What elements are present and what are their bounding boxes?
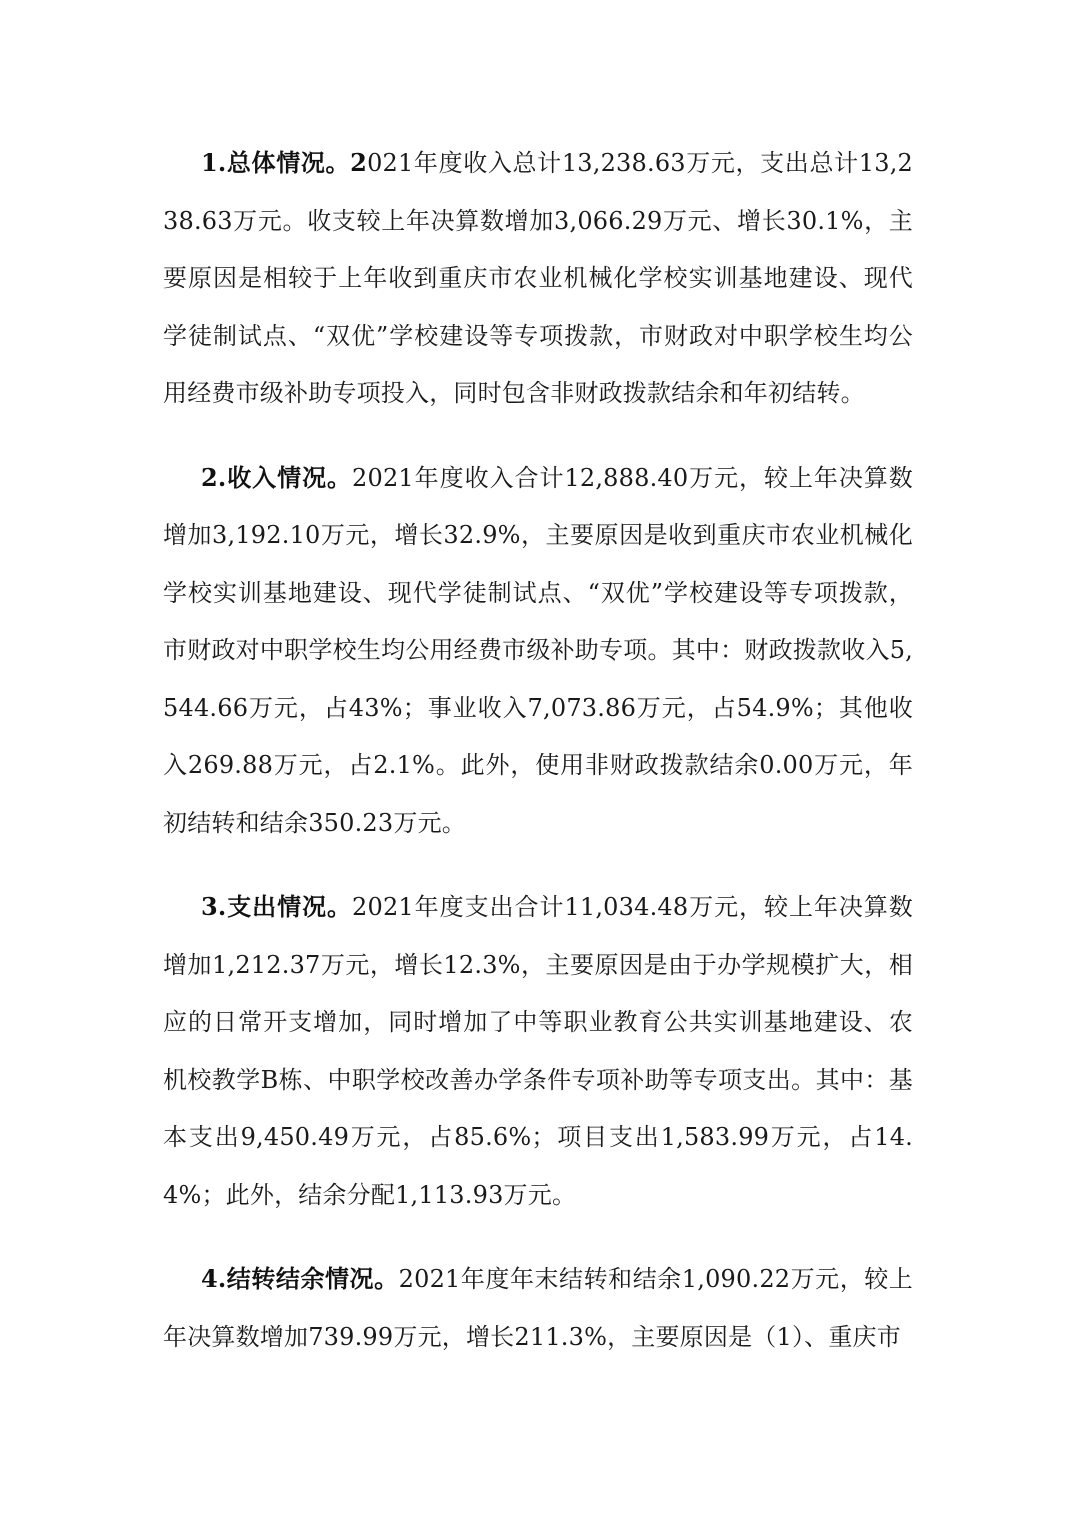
section-heading-income: 2.收入情况。 bbox=[201, 463, 352, 492]
document-page: 1.总体情况。2021年度收入总计13,238.63万元，支出总计13,238.… bbox=[163, 134, 913, 1392]
paragraph-carryover: 4.结转结余情况。2021年度年末结转和结余1,090.22万元，较上年决算数增… bbox=[163, 1250, 913, 1366]
section-body-expenditure: 2021年度支出合计11,034.48万元，较上年决算数增加1,212.37万元… bbox=[163, 893, 913, 1209]
section-body-income: 2021年度收入合计12,888.40万元，较上年决算数增加3,192.10万元… bbox=[163, 464, 913, 837]
section-heading-overall: 1.总体情况。2 bbox=[201, 148, 367, 177]
paragraph-overall: 1.总体情况。2021年度收入总计13,238.63万元，支出总计13,238.… bbox=[163, 134, 913, 423]
section-body-overall: 021年度收入总计13,238.63万元，支出总计13,238.63万元。收支较… bbox=[163, 149, 913, 407]
paragraph-income: 2.收入情况。2021年度收入合计12,888.40万元，较上年决算数增加3,1… bbox=[163, 449, 913, 853]
paragraph-expenditure: 3.支出情况。2021年度支出合计11,034.48万元，较上年决算数增加1,2… bbox=[163, 878, 913, 1224]
section-heading-expenditure: 3.支出情况。 bbox=[201, 892, 352, 921]
section-heading-carryover: 4.结转结余情况。 bbox=[201, 1264, 399, 1293]
